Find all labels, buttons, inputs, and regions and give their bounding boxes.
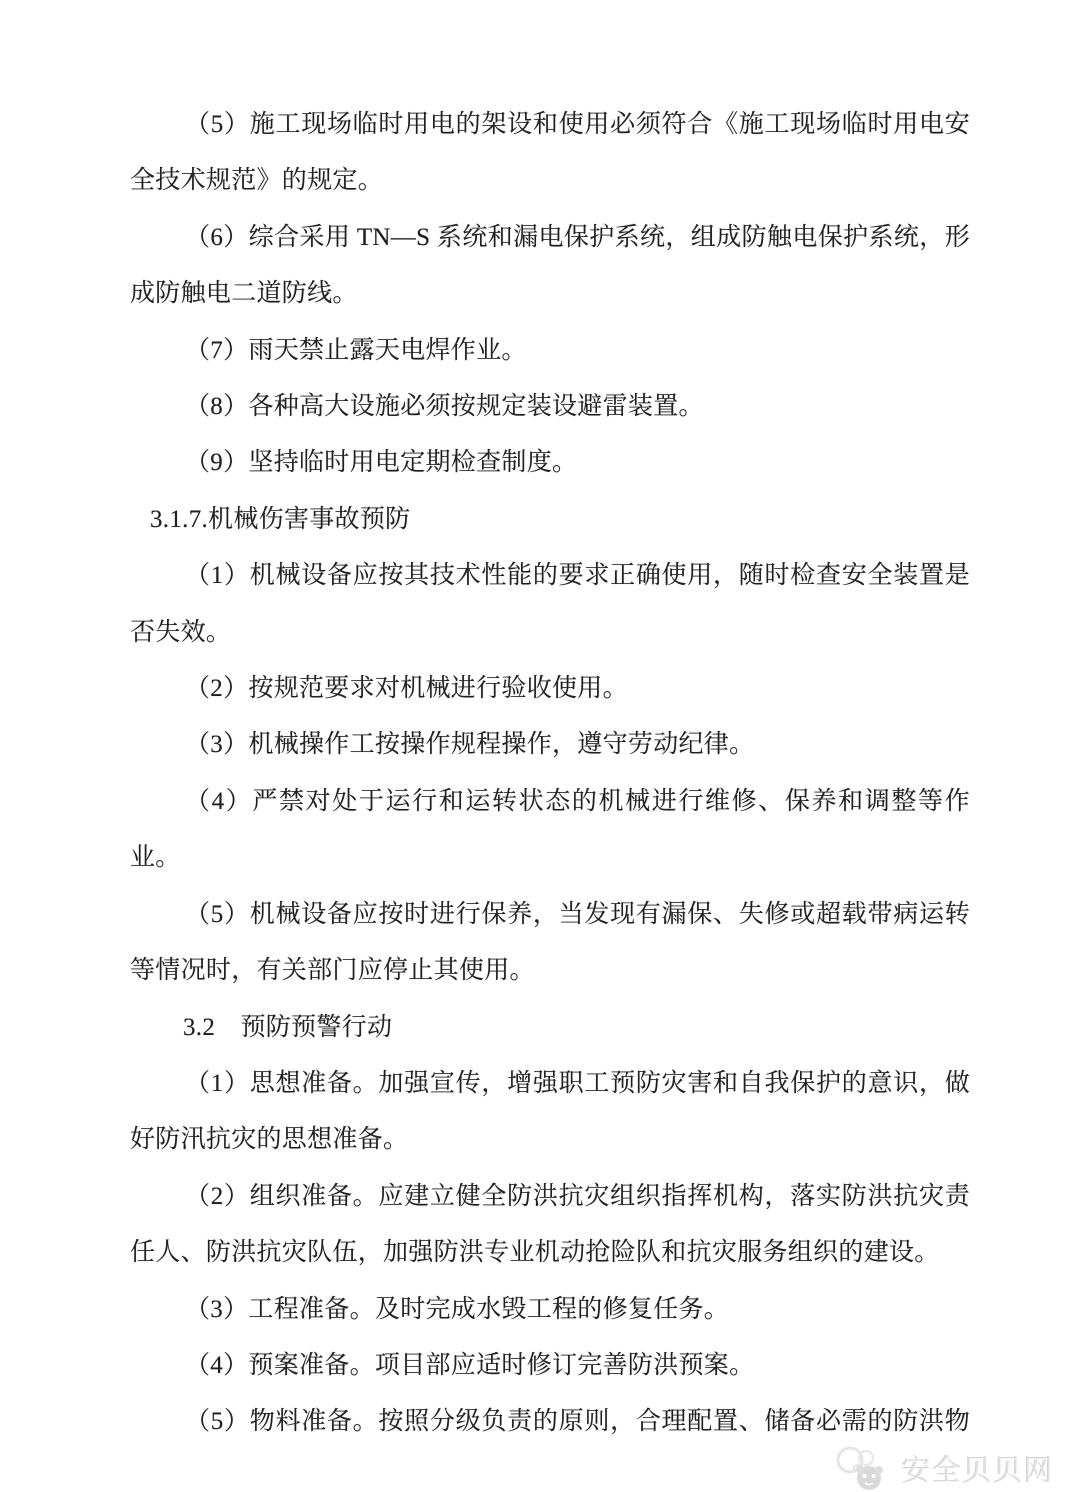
paragraph-line: （8）各种高大设施必须按规定装设避雷装置。 — [130, 379, 970, 435]
paragraph-line: （7）雨天禁止露天电焊作业。 — [130, 323, 970, 379]
section-heading: 3.2 预防预警行动 — [130, 1000, 970, 1056]
paragraph-line: 等情况时，有关部门应停止其使用。 — [130, 943, 970, 999]
paragraph-line: （1）机械设备应按其技术性能的要求正确使用，随时检查安全装置是 — [130, 548, 970, 604]
paragraph-line: （5）物料准备。按照分级负责的原则，合理配置、储备必需的防洪物 — [130, 1394, 970, 1450]
document-page: （5）施工现场临时用电的架设和使用必须符合《施工现场临时用电安全技术规范》的规定… — [0, 0, 1080, 1492]
document-body: （5）施工现场临时用电的架设和使用必须符合《施工现场临时用电安全技术规范》的规定… — [130, 0, 970, 1451]
paragraph-line: （5）施工现场临时用电的架设和使用必须符合《施工现场临时用电安 — [130, 97, 970, 153]
paragraph-line: （4）预案准备。项目部应适时修订完善防洪预案。 — [130, 1338, 970, 1394]
section-heading: 3.1.7.机械伤害事故预防 — [130, 492, 970, 548]
paragraph-line: （9）坚持临时用电定期检查制度。 — [130, 435, 970, 491]
paragraph-line: （5）机械设备应按时进行保养，当发现有漏保、失修或超载带病运转 — [130, 887, 970, 943]
paragraph-line: （3）机械操作工按操作规程操作，遵守劳动纪律。 — [130, 717, 970, 773]
paragraph-line: （3）工程准备。及时完成水毁工程的修复任务。 — [130, 1282, 970, 1338]
paragraph-line: 否失效。 — [130, 605, 970, 661]
paragraph-line: 全技术规范》的规定。 — [130, 153, 970, 209]
paragraph-line: （1）思想准备。加强宣传，增强职工预防灾害和自我保护的意识，做 — [130, 1056, 970, 1112]
paragraph-line: 成防触电二道防线。 — [130, 266, 970, 322]
paragraph-line: 好防汛抗灾的思想准备。 — [130, 1112, 970, 1168]
paragraph-line: 任人、防洪抗灾队伍，加强防洪专业机动抢险队和抗灾服务组织的建设。 — [130, 1225, 970, 1281]
safety-beibei-logo-icon — [833, 1444, 895, 1492]
watermark: 安全贝贝网 — [833, 1444, 1054, 1492]
paragraph-line: （2）按规范要求对机械进行验收使用。 — [130, 661, 970, 717]
paragraph-line: （2）组织准备。应建立健全防洪抗灾组织指挥机构，落实防洪抗灾责 — [130, 1169, 970, 1225]
watermark-text: 安全贝贝网 — [901, 1448, 1054, 1489]
paragraph-line: （6）综合采用 TN—S 系统和漏电保护系统，组成防触电保护系统，形 — [130, 210, 970, 266]
paragraph-line: （4）严禁对处于运行和运转状态的机械进行维修、保养和调整等作业。 — [130, 774, 970, 887]
